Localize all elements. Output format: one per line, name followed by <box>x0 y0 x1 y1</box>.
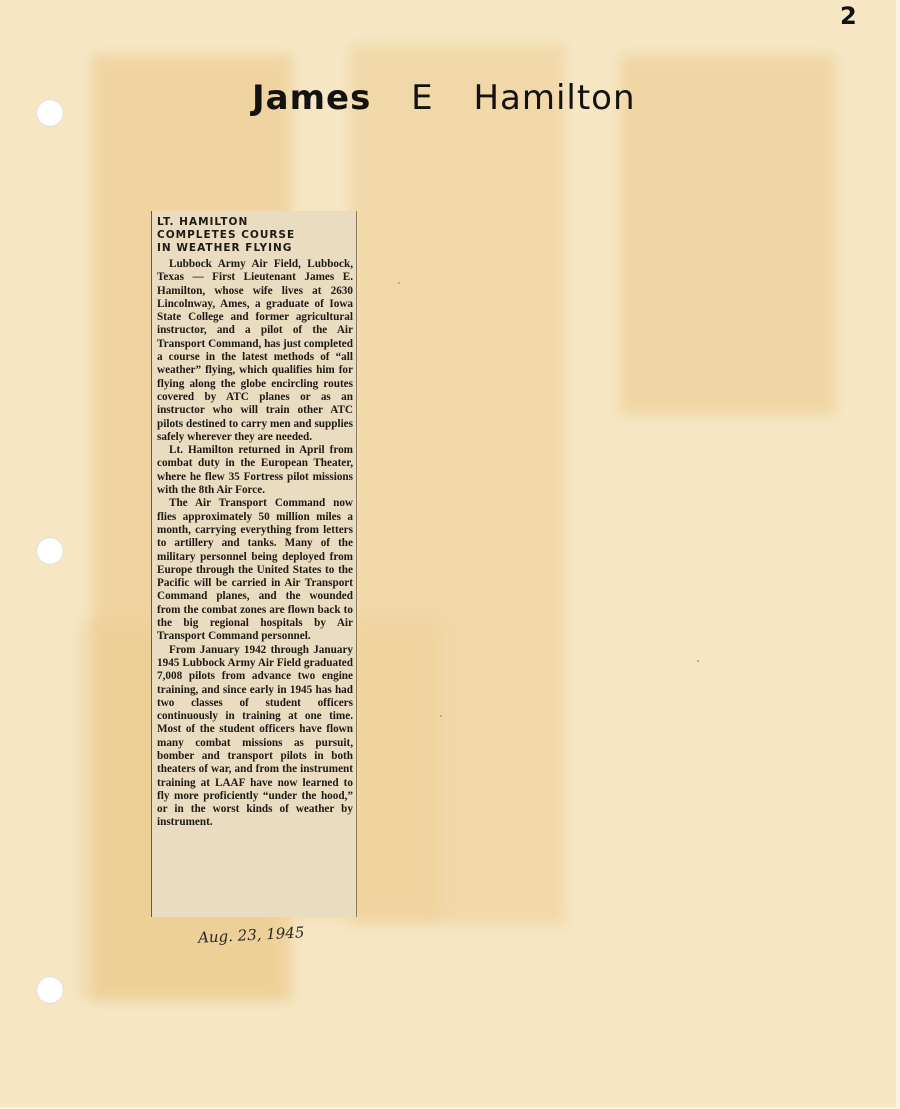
headline-line: COMPLETES COURSE <box>157 229 353 242</box>
headline-line: IN WEATHER FLYING <box>157 242 353 255</box>
clipping-paragraph: The Air Transport Command now flies appr… <box>157 497 353 643</box>
paper-speck <box>440 715 442 717</box>
paper-speck <box>398 282 400 284</box>
clipping-paragraph: Lubbock Army Air Field, Lubbock, Texas —… <box>157 258 353 444</box>
page-number: 2 <box>840 2 857 30</box>
binder-hole <box>36 537 64 565</box>
binder-hole <box>36 976 64 1004</box>
title-middle-initial: E <box>411 78 433 118</box>
clipping-paragraph: Lt. Hamilton returned in April from comb… <box>157 444 353 497</box>
title-last-name: Hamilton <box>473 78 635 118</box>
newspaper-clipping: LT. HAMILTON COMPLETES COURSE IN WEATHER… <box>151 211 357 917</box>
title-first-name: James <box>252 78 371 118</box>
paper-speck <box>697 660 699 662</box>
clipping-paragraph: From January 1942 through January 1945 L… <box>157 644 353 830</box>
headline-line: LT. HAMILTON <box>157 216 353 229</box>
page-title: James E Hamilton <box>252 78 636 118</box>
clipping-headline: LT. HAMILTON COMPLETES COURSE IN WEATHER… <box>157 216 353 255</box>
binder-hole <box>36 99 64 127</box>
clipping-body: Lubbock Army Air Field, Lubbock, Texas —… <box>157 258 353 830</box>
scrapbook-page: 2 James E Hamilton LT. HAMILTON COMPLETE… <box>0 0 900 1109</box>
tape-stain <box>620 55 835 415</box>
